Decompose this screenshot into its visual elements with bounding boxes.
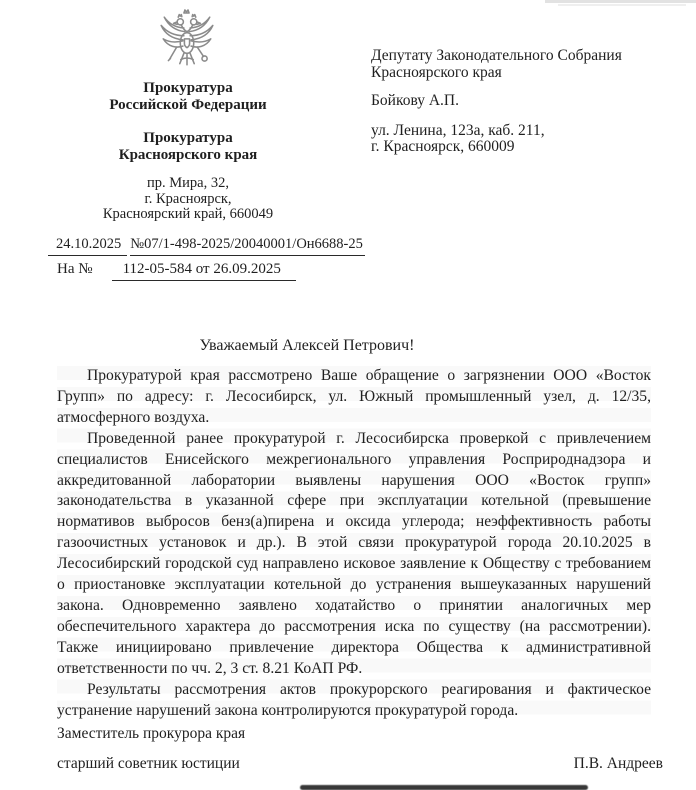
scan-artifact-top-2 (558, 4, 686, 6)
recipient-address-line1: ул. Ленина, 123а, каб. 211, (371, 123, 661, 140)
body-paragraph-1: Прокуратурой края рассмотрено Ваше обращ… (57, 366, 651, 429)
incoming-reference-value: 112-05-584 от 26.09.2025 (112, 261, 296, 281)
letter-page: Прокуратура Российской Федерации Прокура… (0, 0, 696, 790)
org-federation-line1: Прокуратура (40, 80, 336, 97)
letterhead-org: Прокуратура Российской Федерации Прокура… (40, 80, 336, 163)
org-krai-line1: Прокуратура (40, 130, 336, 147)
scan-artifact-top (545, 0, 696, 3)
signer-rank: старший советник юстиции (57, 755, 240, 773)
incoming-reference-label: На № (57, 261, 93, 278)
recipient-title-line2: Красноярского края (371, 65, 661, 82)
letterhead-address: пр. Мира, 32, г. Красноярск, Красноярски… (40, 176, 336, 223)
body-paragraph-2: Проведенной ранее прокуратурой г. Лесоси… (57, 429, 651, 680)
outgoing-number: №07/1-498-2025/20040001/Он6688-25 (130, 236, 365, 256)
signature-row: старший советник юстиции П.В. Андреев (57, 755, 663, 773)
org-federation-line2: Российской Федерации (40, 97, 336, 114)
outgoing-date: 24.10.2025 (48, 236, 127, 256)
org-krai-line2: Красноярского края (40, 147, 336, 164)
incoming-reference: На №112-05-584 от 26.09.2025 (57, 261, 296, 281)
body-paragraph-3: Результаты рассмотрения актов прокурорск… (57, 680, 651, 722)
sender-address-line3: Красноярский край, 660049 (40, 207, 336, 223)
org-federation: Прокуратура Российской Федерации (40, 80, 336, 113)
outgoing-reference: 24.10.2025№07/1-498-2025/20040001/Он6688… (48, 236, 365, 256)
sender-address-line1: пр. Мира, 32, (40, 176, 336, 192)
recipient-block: Депутату Законодательного Собрания Красн… (371, 48, 661, 156)
scan-stamp-line (300, 785, 588, 790)
recipient-address-line2: г. Красноярск, 660009 (371, 139, 661, 156)
salutation: Уважаемый Алексей Петрович! (57, 337, 557, 355)
signer-name: П.В. Андреев (574, 755, 663, 773)
sender-address-line2: г. Красноярск, (40, 192, 336, 208)
signer-position: Заместитель прокурора края (57, 725, 245, 743)
org-krai: Прокуратура Красноярского края (40, 130, 336, 163)
recipient-name: Бойкову А.П. (371, 93, 661, 110)
recipient-title-line1: Депутату Законодательного Собрания (371, 48, 661, 65)
russia-coat-of-arms-icon (156, 8, 218, 78)
letter-body: Прокуратурой края рассмотрено Ваше обращ… (57, 366, 651, 721)
